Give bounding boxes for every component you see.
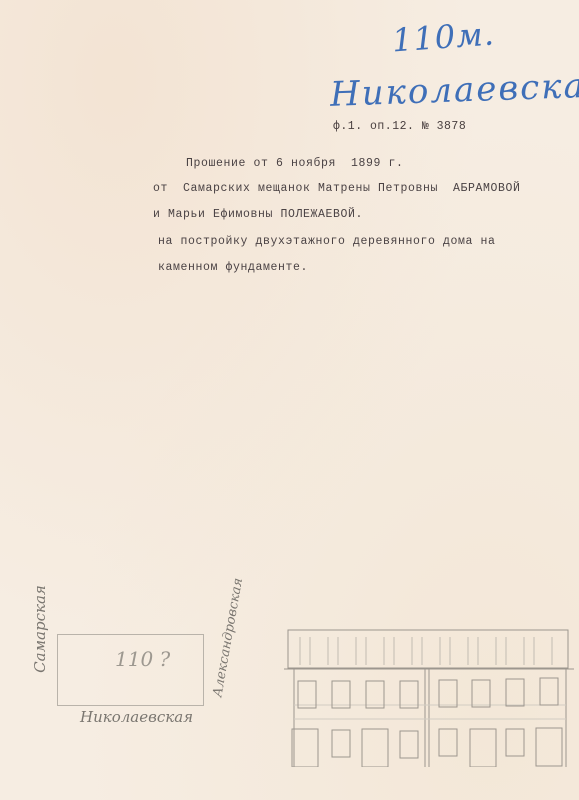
handwritten-street-name: Николаевская [329,65,579,115]
site-plan-plot-number: 110 ? [115,647,170,671]
site-plan-left-street: Самарская [31,585,49,673]
petition-line-1: Прошение от 6 ноября 1899 г. [186,157,404,170]
document-page: 110м. Николаевская ф.1. оп.12. № 3878 Пр… [0,0,579,800]
petition-line-2: от Самарских мещанок Матрены Петровны АБ… [153,182,521,195]
petition-line-3: и Марьи Ефимовны ПОЛЕЖАЕВОЙ. [153,208,363,221]
site-plan-bottom-street: Николаевская [80,708,193,726]
petition-line-5: каменном фундаменте. [158,261,308,274]
archive-reference: ф.1. оп.12. № 3878 [333,120,466,133]
handwritten-house-number: 110м. [391,14,496,59]
petition-line-4: на постройку двухэтажного деревянного до… [158,235,496,248]
facade-elevation-drawing [284,625,574,767]
site-plan-right-street: Александровская [210,577,246,698]
